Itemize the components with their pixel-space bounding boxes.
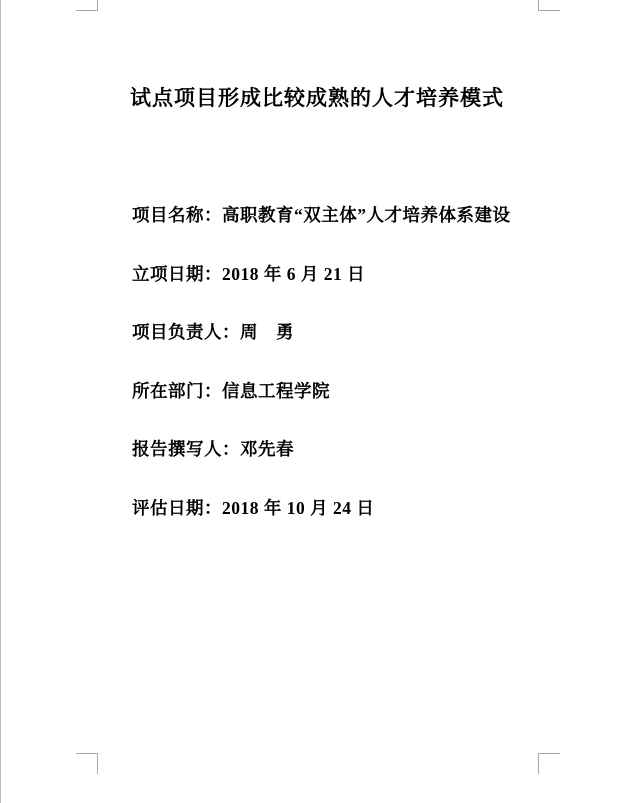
- crop-mark-top-left: [76, 0, 98, 11]
- page-left-edge-line: [0, 0, 1, 803]
- field-evaluation-date[interactable]: 评估日期：2018 年 10 月 24 日: [132, 498, 552, 518]
- field-department[interactable]: 所在部门：信息工程学院: [132, 381, 552, 401]
- field-project-name[interactable]: 项目名称：高职教育“双主体”人才培养体系建设: [132, 205, 552, 225]
- document-page[interactable]: 试点项目形成比较成熟的人才培养模式 项目名称：高职教育“双主体”人才培养体系建设…: [0, 0, 634, 803]
- field-approval-date[interactable]: 立项日期：2018 年 6 月 21 日: [132, 264, 552, 284]
- document-fields: 项目名称：高职教育“双主体”人才培养体系建设 立项日期：2018 年 6 月 2…: [132, 205, 552, 556]
- field-project-leader[interactable]: 项目负责人：周 勇: [132, 322, 552, 342]
- document-title[interactable]: 试点项目形成比较成熟的人才培养模式: [96, 85, 538, 111]
- field-report-author[interactable]: 报告撰写人：邓先春: [132, 439, 552, 459]
- crop-mark-bottom-right: [538, 753, 560, 774]
- crop-mark-bottom-left: [76, 753, 98, 774]
- crop-mark-top-right: [538, 0, 560, 11]
